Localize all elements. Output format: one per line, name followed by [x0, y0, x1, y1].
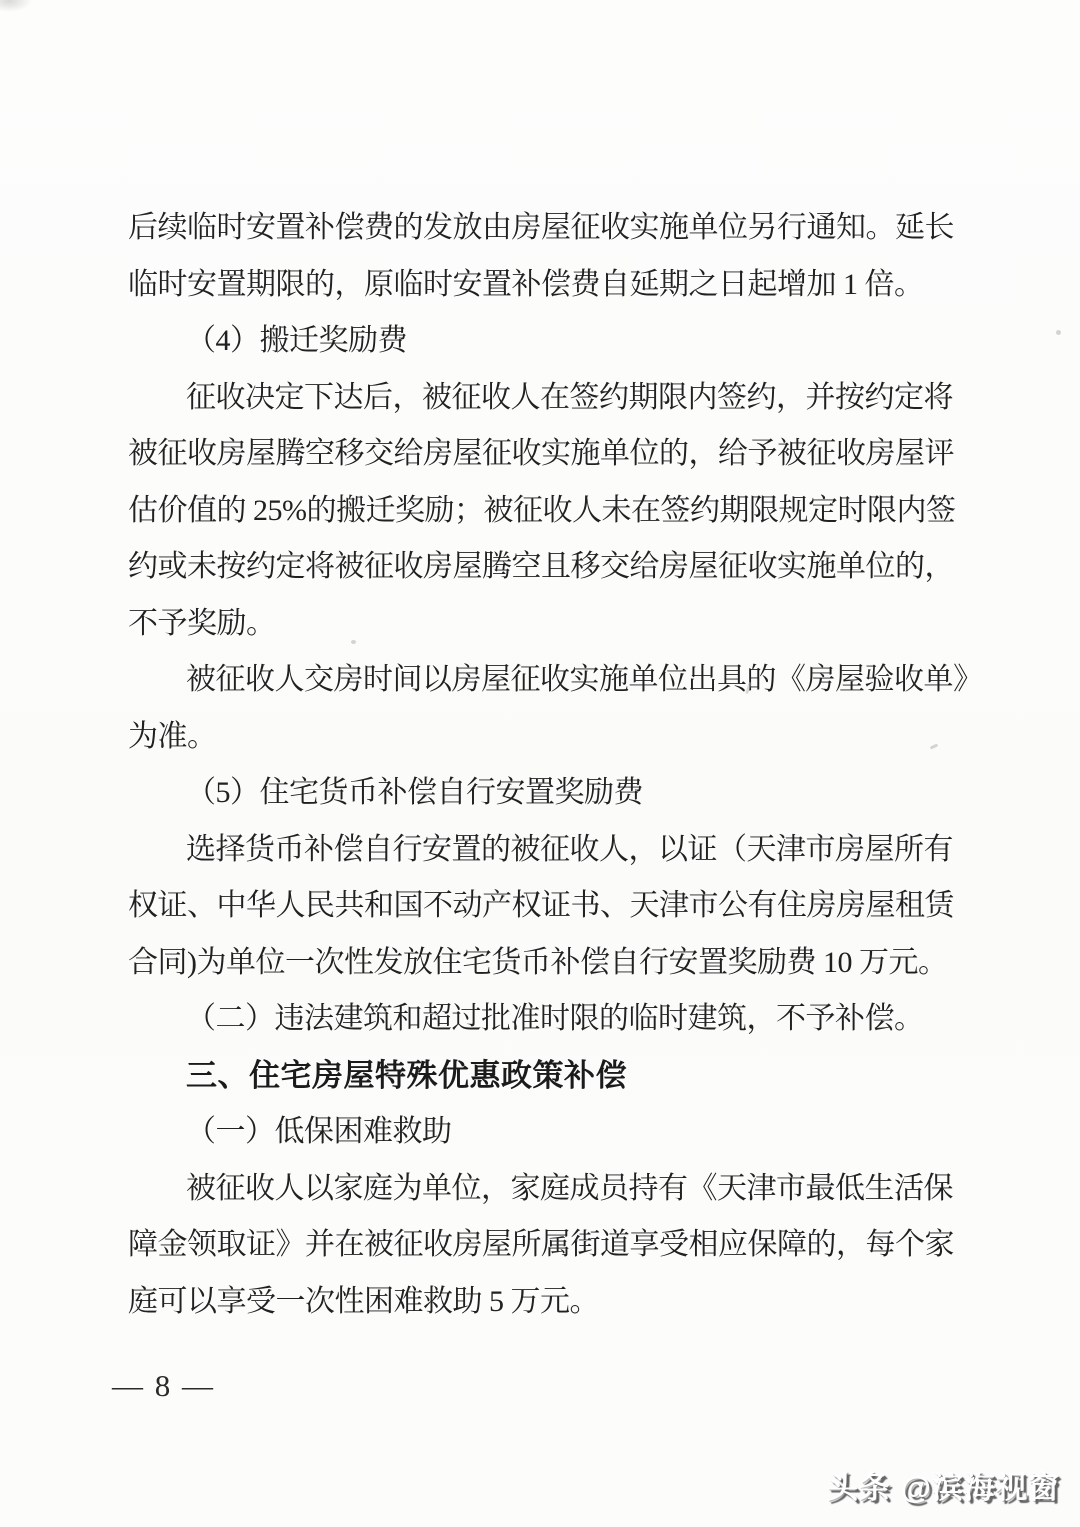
- body-line: 约或未按约定将被征收房屋腾空且移交给房屋征收实施单位的，: [128, 539, 958, 596]
- body-line: 后续临时安置补偿费的发放由房屋征收实施单位另行通知。延长: [128, 200, 958, 257]
- item-heading-5: （5）住宅货币补偿自行安置奖励费: [128, 765, 958, 822]
- watermark: 头条 @滨海视窗: [827, 1462, 1060, 1507]
- scanned-document-page: 后续临时安置补偿费的发放由房屋征收实施单位另行通知。延长 临时安置期限的，原临时…: [0, 0, 1080, 1527]
- body-line: 庭可以享受一次性困难救助 5 万元。: [128, 1274, 958, 1331]
- body-line: 选择货币补偿自行安置的被征收人，以证（天津市房屋所有: [128, 822, 958, 879]
- body-line: 临时安置期限的，原临时安置补偿费自延期之日起增加 1 倍。: [128, 257, 958, 314]
- body-line: 合同)为单位一次性发放住宅货币补偿自行安置奖励费 10 万元。: [128, 935, 958, 992]
- body-line: 征收决定下达后，被征收人在签约期限内签约，并按约定将: [128, 370, 958, 427]
- scan-speck: [1056, 330, 1061, 335]
- document-text-block: 后续临时安置补偿费的发放由房屋征收实施单位另行通知。延长 临时安置期限的，原临时…: [128, 200, 958, 1330]
- section-3-heading: 三、住宅房屋特殊优惠政策补偿: [128, 1048, 958, 1105]
- body-line: 不予奖励。: [128, 596, 958, 653]
- subsection-1-heading: （一）低保困难救助: [128, 1104, 958, 1161]
- page-number: — 8 —: [112, 1368, 215, 1404]
- body-line: 为准。: [128, 709, 958, 766]
- body-line: 估价值的 25%的搬迁奖励；被征收人未在签约期限规定时限内签: [128, 483, 958, 540]
- body-line: 被征收房屋腾空移交给房屋征收实施单位的，给予被征收房屋评: [128, 426, 958, 483]
- item-heading-4: （4）搬迁奖励费: [128, 313, 958, 370]
- body-line: 权证、中华人民共和国不动产权证书、天津市公有住房房屋租赁: [128, 878, 958, 935]
- body-line: 被征收人以家庭为单位，家庭成员持有《天津市最低生活保: [128, 1161, 958, 1218]
- body-line: 被征收人交房时间以房屋征收实施单位出具的《房屋验收单》: [128, 652, 958, 709]
- subsection-2-line: （二）违法建筑和超过批准时限的临时建筑，不予补偿。: [128, 991, 958, 1048]
- scan-smudge: [0, 0, 32, 12]
- body-line: 障金领取证》并在被征收房屋所属街道享受相应保障的，每个家: [128, 1217, 958, 1274]
- scan-speck: [351, 640, 356, 644]
